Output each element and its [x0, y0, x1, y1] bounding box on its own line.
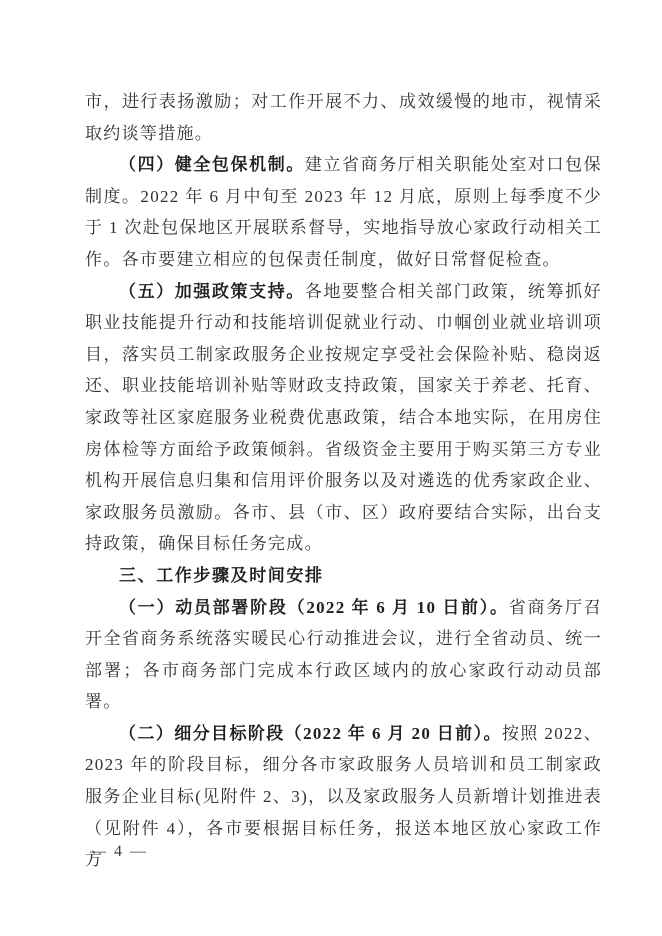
document-body: 市，进行表扬激励；对工作开展不力、成效缓慢的地市，视情采取约谈等措施。 （四）健… [85, 86, 602, 876]
paragraph-item-5: （五）加强政策支持。各地要整合相关部门政策，统筹抓好职业技能提升行动和技能培训促… [85, 276, 602, 560]
paragraph-text: 按照 2022、2023 年的阶段目标，细分各市家政服务人员培训和员工制家政服务… [85, 724, 602, 869]
section-heading: 三、工作步骤及时间安排 [85, 560, 602, 592]
paragraph-stage-1: （一）动员部署阶段（2022 年 6 月 10 日前）。省商务厅召开全省商务系统… [85, 592, 602, 718]
paragraph-lead: （二）细分目标阶段（2022 年 6 月 20 日前）。 [119, 724, 502, 743]
paragraph-text: 市，进行表扬激励；对工作开展不力、成效缓慢的地市，视情采取约谈等措施。 [85, 92, 602, 143]
paragraph-continuation: 市，进行表扬激励；对工作开展不力、成效缓慢的地市，视情采取约谈等措施。 [85, 86, 602, 149]
document-page: 市，进行表扬激励；对工作开展不力、成效缓慢的地市，视情采取约谈等措施。 （四）健… [0, 0, 662, 936]
paragraph-lead: （五）加强政策支持。 [119, 282, 305, 301]
paragraph-stage-2: （二）细分目标阶段（2022 年 6 月 20 日前）。按照 2022、2023… [85, 718, 602, 876]
paragraph-lead: （四）健全包保机制。 [119, 155, 305, 174]
paragraph-text: 各地要整合相关部门政策，统筹抓好职业技能提升行动和技能培训促就业行动、巾帼创业就… [85, 282, 602, 554]
paragraph-item-4: （四）健全包保机制。建立省商务厅相关职能处室对口包保制度。2022 年 6 月中… [85, 149, 602, 275]
paragraph-lead: （一）动员部署阶段（2022 年 6 月 10 日前）。 [119, 598, 509, 617]
footer-page-number: — 4 — [90, 843, 148, 861]
